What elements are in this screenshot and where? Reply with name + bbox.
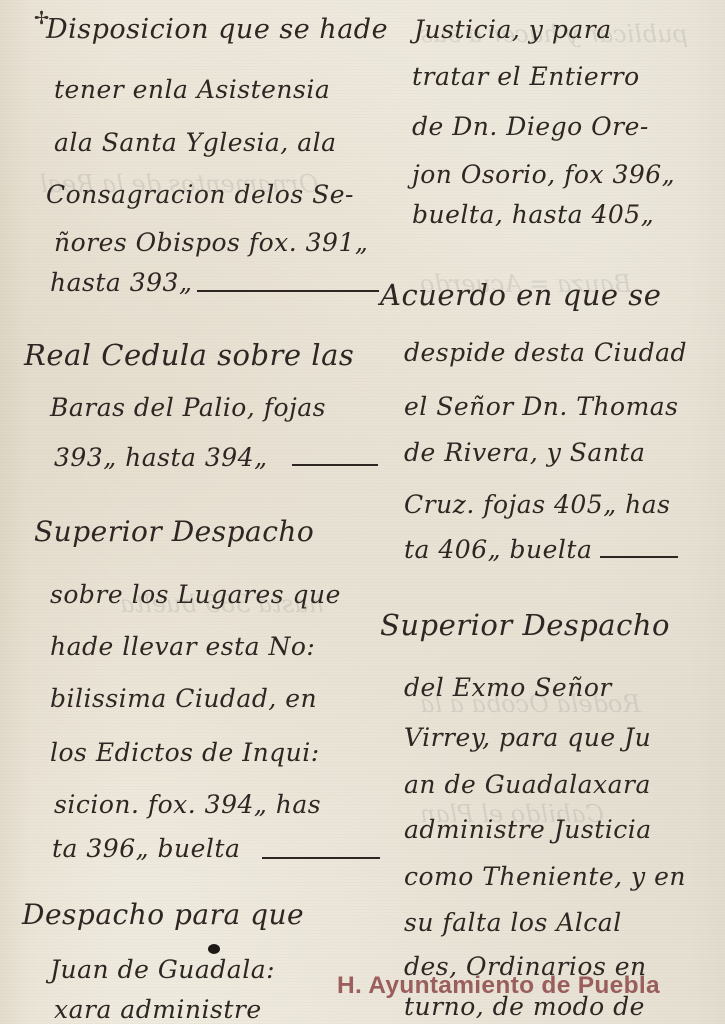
entry-folio-range: buelta, hasta 405„: [412, 200, 654, 229]
entry-folio-range: 393„ hasta 394„: [54, 443, 268, 472]
end-rule: [292, 464, 378, 466]
entry-line: el Señor Dn. Thomas: [404, 392, 679, 421]
entry-heading: Superior Despacho: [34, 515, 314, 548]
entry-line: Juan de Guadala:: [50, 955, 275, 984]
entry-line: bilissima Ciudad, en: [50, 684, 317, 713]
entry-line: Baras del Palio, fojas: [50, 393, 326, 422]
entry-line: Justicia, y para: [414, 15, 612, 44]
entry-line: los Edictos de Inqui:: [50, 738, 320, 767]
entry-line: hade llevar esta No:: [50, 632, 315, 661]
entry-line: Cruz. fojas 405„ has: [404, 490, 670, 519]
entry-line: ala Santa Yglesia, ala: [54, 128, 337, 157]
entry-line: administre Justicia: [404, 815, 652, 844]
entry-line: tener enla Asistensia: [54, 75, 330, 104]
entry-heading: Acuerdo en que se: [380, 278, 661, 312]
entry-line: ñores Obispos fox. 391„: [54, 228, 368, 257]
entry-line: Consagracion delos Se-: [46, 180, 354, 209]
entry-line: del Exmo Señor: [404, 673, 612, 702]
end-rule: [197, 290, 379, 292]
entry-line: sicion. fox. 394„ has: [54, 790, 321, 819]
entry-line: como Theniente, y en: [404, 862, 686, 891]
entry-folio-range: ta 396„ buelta: [52, 834, 240, 863]
entry-line: su falta los Alcal: [404, 908, 622, 937]
entry-line: de Dn. Diego Ore-: [412, 112, 649, 141]
entry-line: jon Osorio, fox 396„: [412, 160, 675, 189]
entry-line: sobre los Lugares que: [50, 580, 341, 609]
entry-line: an de Guadalaxara: [404, 770, 651, 799]
entry-heading: Disposicion que se hade: [46, 14, 388, 45]
entry-line: Virrey, para que Ju: [404, 723, 651, 752]
entry-heading: Superior Despacho: [380, 608, 670, 642]
entry-line: despide desta Ciudad: [404, 338, 687, 367]
entry-heading: Real Cedula sobre las: [24, 338, 354, 372]
entry-line: de Rivera, y Santa: [404, 438, 645, 467]
entry-heading: Despacho para que: [22, 898, 304, 931]
entry-folio-range: ta 406„ buelta: [404, 535, 592, 564]
entry-folio-range: hasta 393„: [50, 268, 192, 297]
manuscript-page: publicar y hacer a sus Ornamentos de la …: [0, 0, 725, 1024]
watermark: H. Ayuntamiento de Puebla: [337, 972, 660, 1000]
end-rule: [600, 556, 678, 558]
end-rule: [262, 857, 380, 859]
entry-line: xara administre: [54, 995, 262, 1024]
ink-blot: [208, 944, 220, 954]
entry-line: tratar el Entierro: [412, 62, 640, 91]
